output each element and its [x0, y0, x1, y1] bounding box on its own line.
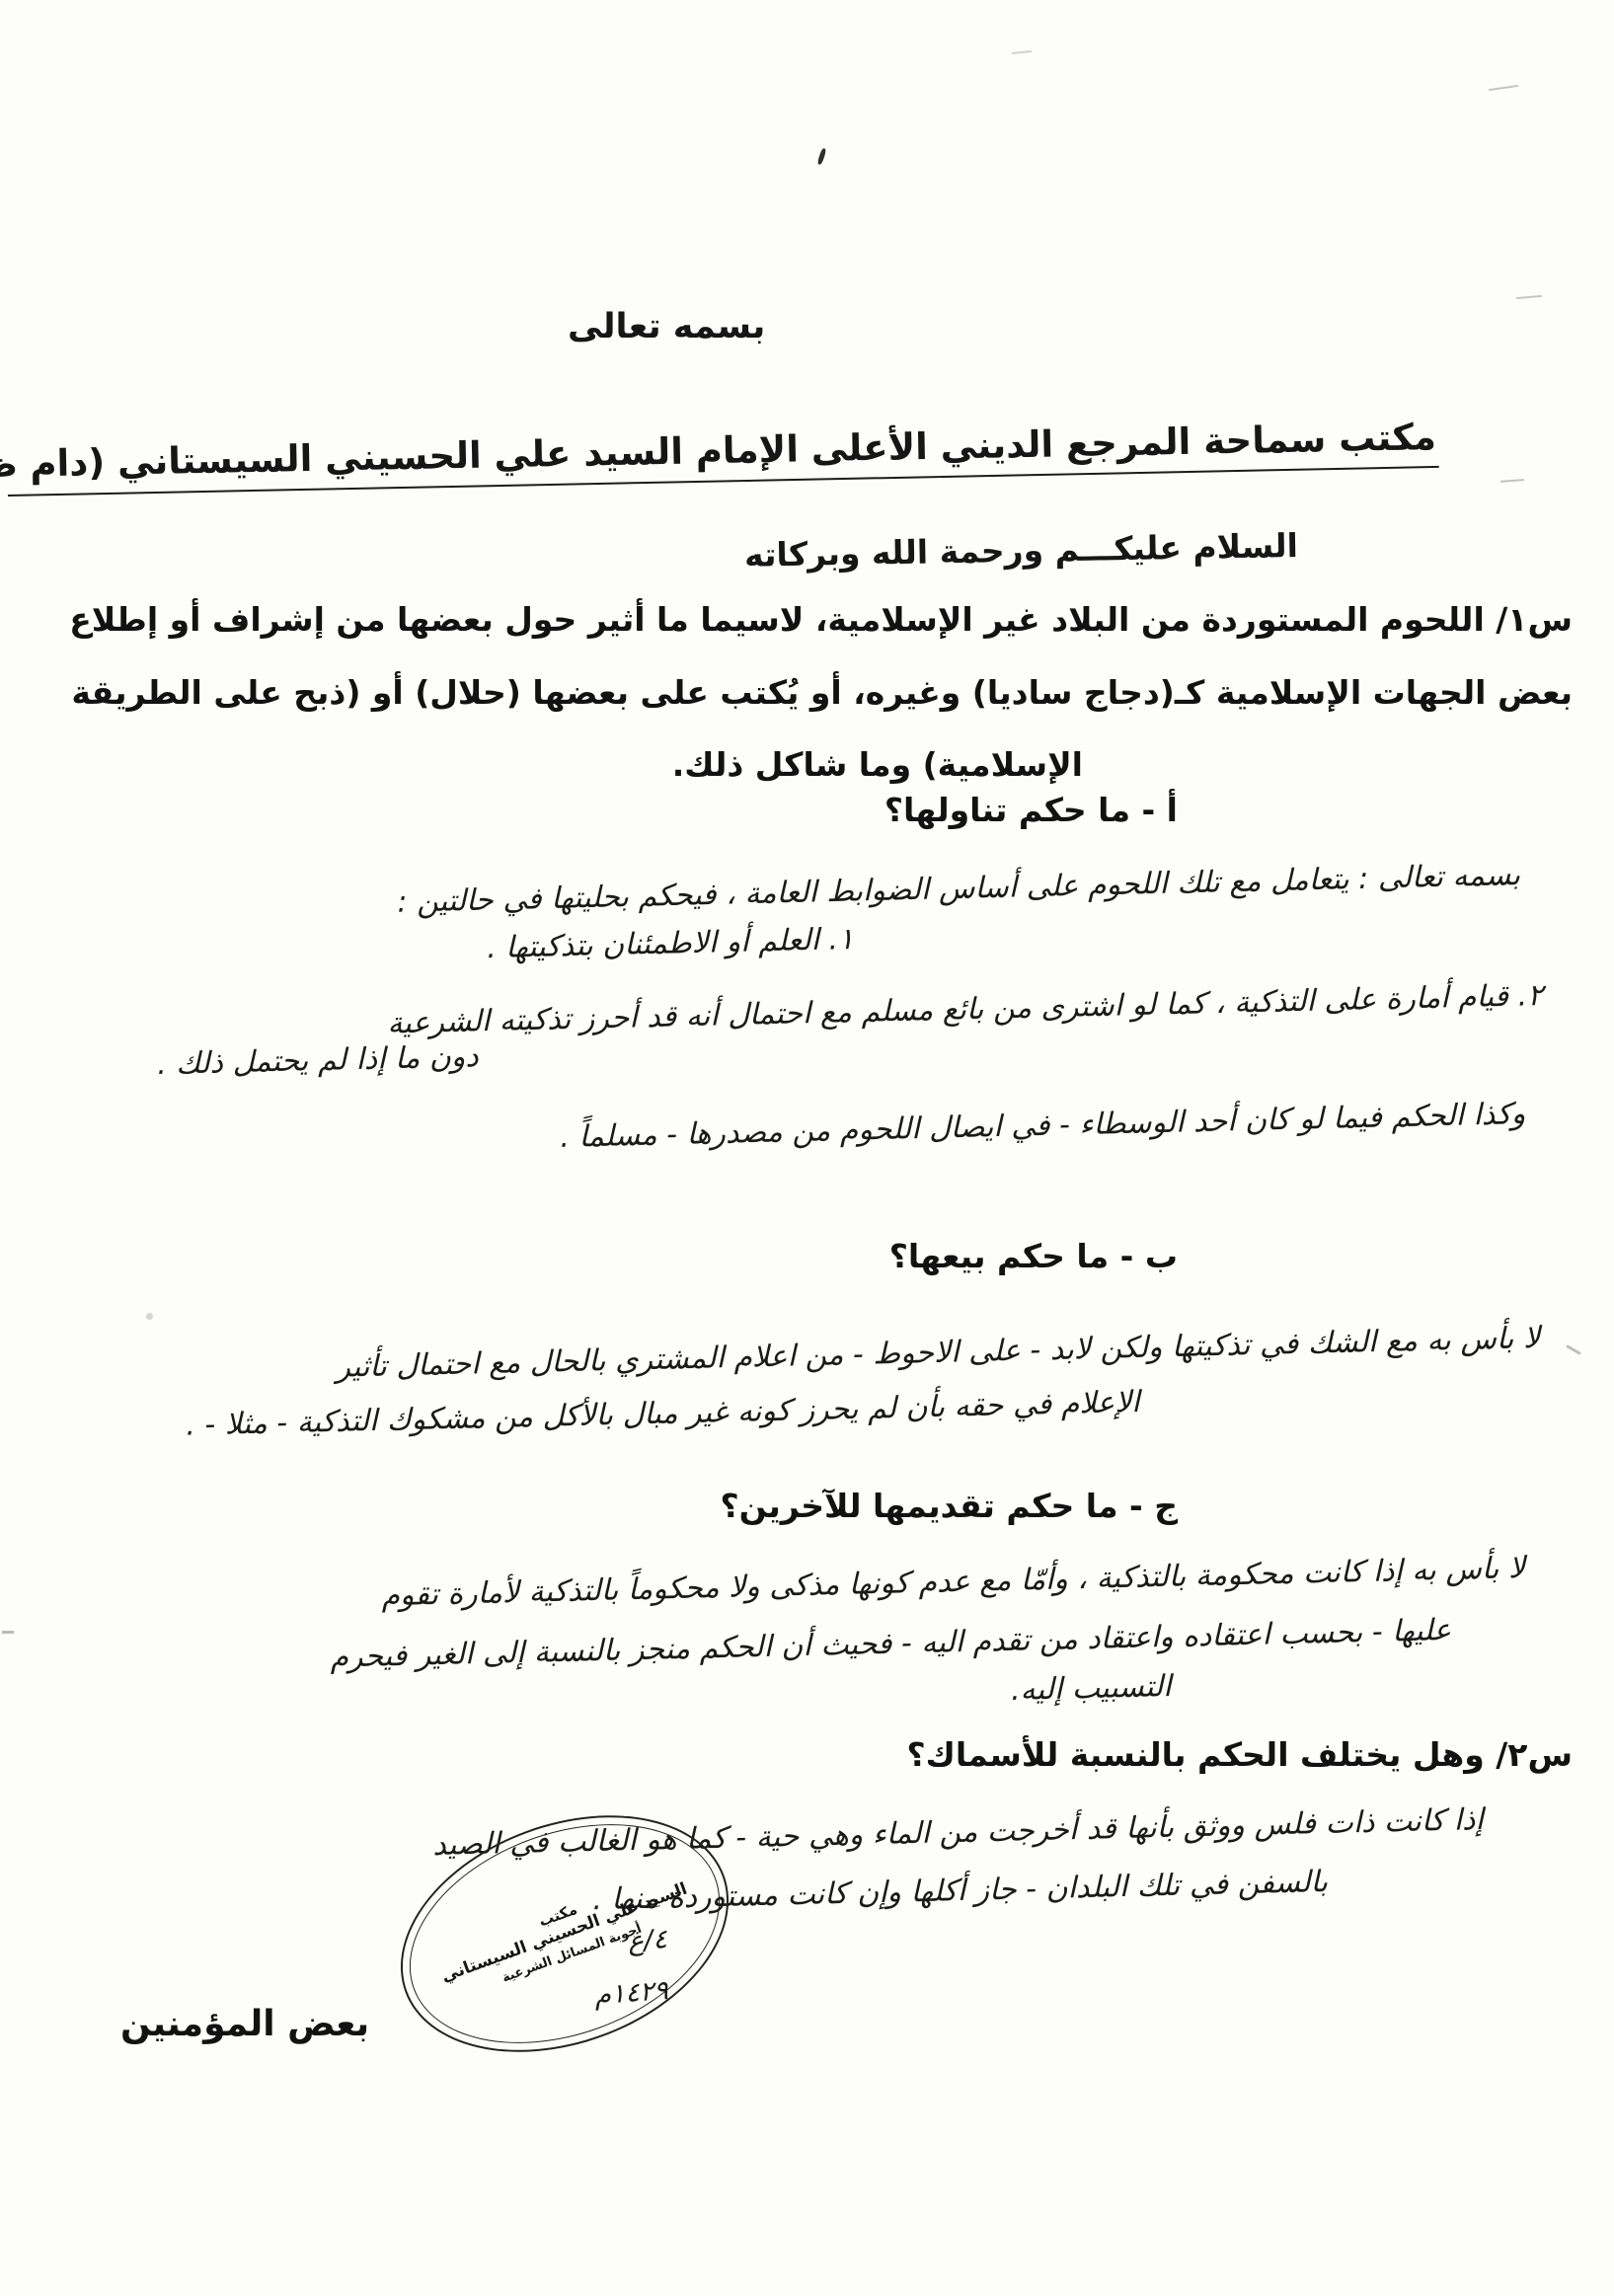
ink-speck-artifact — [816, 148, 826, 166]
question1-line1: س١/ اللحوم المستوردة من البلاد غير الإسل… — [69, 599, 1573, 640]
sender-signature: بعض المؤمنين — [120, 2002, 369, 2046]
answer1c-line3: التسبيب إليه. — [1011, 1668, 1172, 1709]
question1a-label: أ - ما حكم تناولها؟ — [884, 790, 1178, 830]
answer1c-line1: لا بأس به إذا كانت محكومة بالتذكية ، وأم… — [381, 1550, 1526, 1615]
scan-dot-artifact — [146, 1313, 153, 1320]
answer1b-line2: الإعلام في حقه بأن لم يحرز كونه غير مبال… — [186, 1384, 1140, 1444]
scan-dash-artifact — [1012, 50, 1032, 54]
answer1a-line1: بسمه تعالى : يتعامل مع تلك اللحوم على أس… — [397, 857, 1521, 921]
handwritten-date-year: ١٤٢٩م — [593, 1974, 669, 2013]
scan-edge-mark-artifact — [2, 1631, 14, 1634]
question1c-label: ج - ما حكم تقديمها للآخرين؟ — [721, 1486, 1178, 1526]
answer1b-line1: لا بأس به مع الشك في تذكيتها ولكن لابد -… — [336, 1320, 1541, 1386]
question1b-label: ب - ما حكم بيعها؟ — [889, 1236, 1178, 1276]
answer1a-line4: دون ما إذا لم يحتمل ذلك . — [157, 1038, 479, 1083]
office-header-title: مكتب سماحة المرجع الديني الأعلى الإمام ا… — [0, 415, 1436, 490]
scanned-letter-page: بسمه تعالى مكتب سماحة المرجع الديني الأع… — [0, 0, 1614, 2296]
handwritten-date-top: ٤/غ — [627, 1923, 668, 1958]
answer1a-line2: ١. العلم أو الاطمئنان بتذكيتها . — [487, 921, 855, 967]
answer1a-line3: ٢. قيام أمارة على التذكية ، كما لو اشترى… — [387, 977, 1544, 1042]
answer1a-line5: وكذا الحكم فيما لو كان أحد الوسطاء - في … — [560, 1096, 1526, 1156]
question1-line3: الإسلامية) وما شاكل ذلك. — [672, 744, 1083, 785]
question1-line2: بعض الجهات الإسلامية كـ(دجاج ساديا) وغير… — [71, 672, 1573, 713]
basmala-text: بسمه تعالى — [568, 306, 765, 349]
salutation-text: السلام عليكـــم ورحمة الله وبركاته — [744, 525, 1299, 575]
scan-dash-artifact — [1489, 85, 1518, 91]
answer1c-line2: عليها - بحسب اعتقاده واعتقاد من تقدم الي… — [330, 1612, 1452, 1676]
scan-dash-artifact — [1566, 1344, 1580, 1355]
scan-dash-artifact — [1516, 295, 1542, 299]
question2-label: س٢/ وهل يختلف الحكم بالنسبة للأسماك؟ — [906, 1734, 1573, 1775]
scan-dash-artifact — [1500, 479, 1524, 483]
